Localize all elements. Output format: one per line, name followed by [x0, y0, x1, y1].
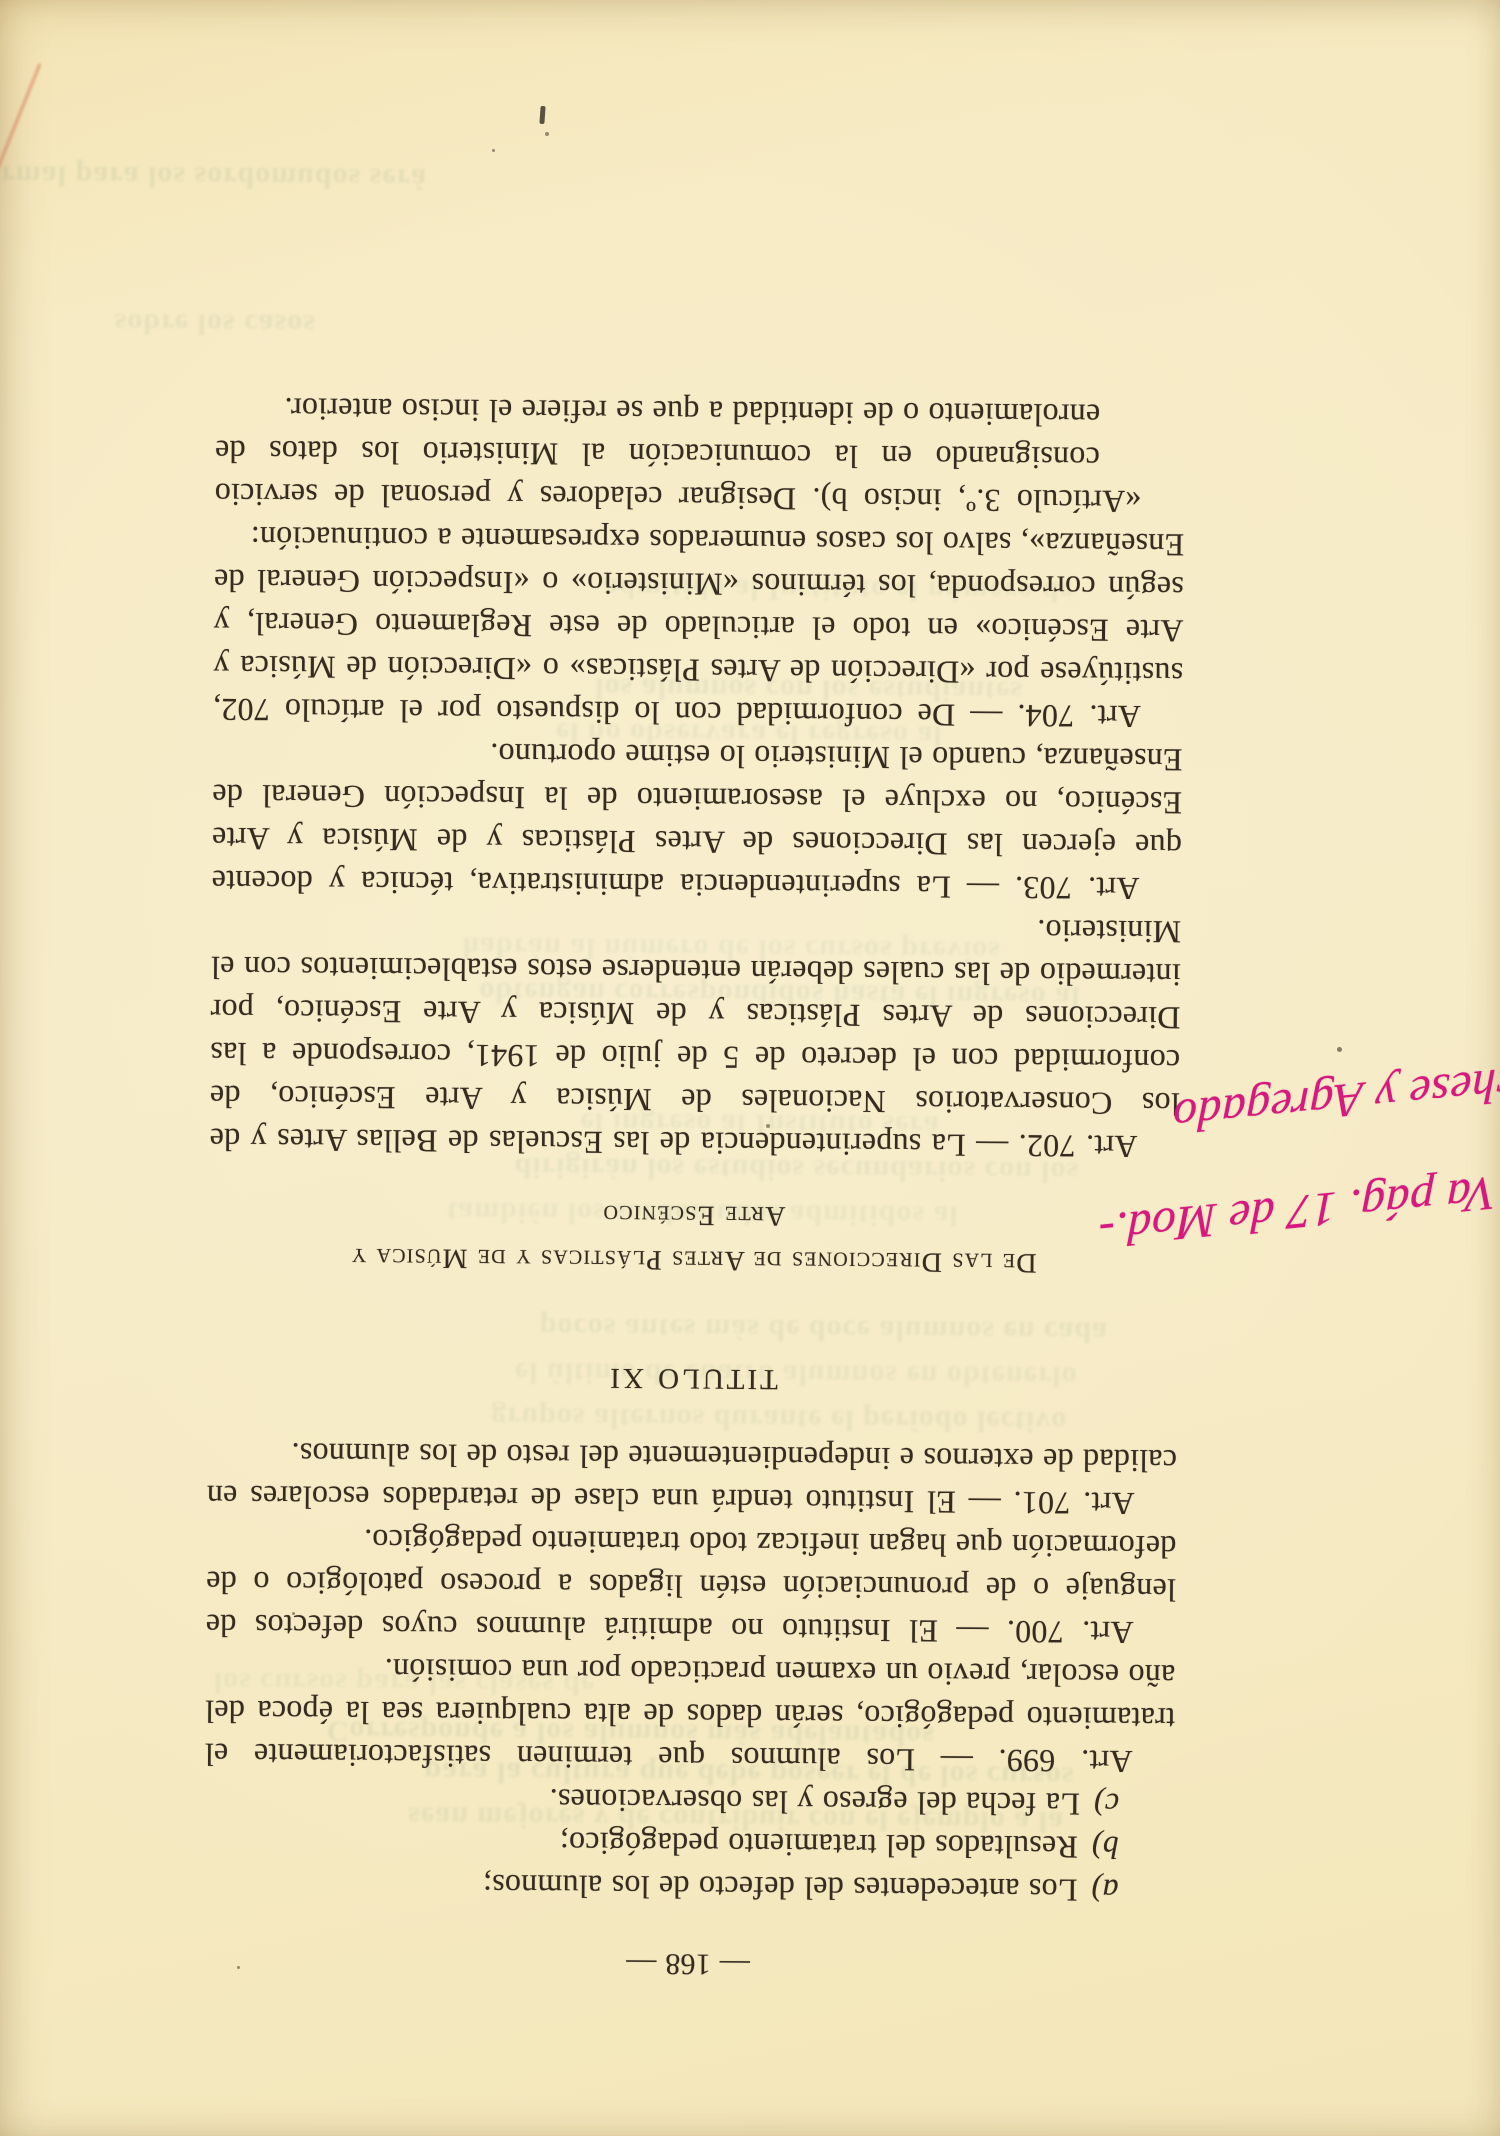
article-701: Art. 701. — El Instituto tendrá una clas… [206, 1432, 1177, 1526]
article-699: Art. 699. — Los alumnos que terminen sat… [204, 1647, 1175, 1784]
scanned-book-page: sean mejores y de contribuir con el ejem… [0, 0, 1500, 2136]
list-item-b: b)Resultados del tratamiento pedagógico; [204, 1819, 1119, 1869]
chapter-heading-line1: De las Direcciones de Artes Plásticas y … [208, 1234, 1178, 1287]
inciso-list: a)Los antecedentes del defecto de los al… [203, 1776, 1119, 1912]
list-item-c-text: La fecha del egreso y las observaciones. [549, 1782, 1080, 1822]
list-item-c-label: c) [1080, 1787, 1120, 1823]
list-item-a-label: a) [1077, 1873, 1118, 1909]
list-item-b-label: b) [1078, 1830, 1119, 1866]
article-702: Art. 702. — La superintendencia de las E… [209, 903, 1181, 1169]
bleed-fragment: normal para los sordomudos será [0, 158, 427, 196]
chapter-heading: De las Direcciones de Artes Plásticas y … [208, 1189, 1179, 1287]
bleed-fragment: sobre los casos [115, 306, 316, 342]
list-item-c: c)La fecha del egreso y las observacione… [204, 1776, 1119, 1826]
chapter-heading-line2: Arte Escénico [209, 1189, 1179, 1242]
article-700: Art. 700. — El Instituto no admitirá alu… [205, 1518, 1176, 1655]
list-item-b-text: Resultados del tratamiento pedagógico; [559, 1826, 1077, 1866]
article-704: Art. 704. — De conformidad con lo dispue… [213, 516, 1185, 739]
upside-down-page-content: sean mejores y de contribuir con el ejem… [0, 0, 1500, 2136]
text-column: — 168 — a)Los antecedentes del defecto d… [202, 387, 1186, 2136]
quoted-articulo-3: «Artículo 3.º, inciso b). Designar celad… [214, 387, 1100, 523]
page-number: — 168 — [203, 1939, 1173, 1990]
list-item-a: a)Los antecedentes del defecto de los al… [203, 1862, 1118, 1912]
section-title: TITULO XI [207, 1353, 1177, 1404]
article-703: Art. 703. — La superintendencia administ… [211, 731, 1182, 911]
list-item-a-text: Los antecedentes del defecto de los alum… [483, 1868, 1078, 1909]
margin-note-line2: áchese y Agregado [1172, 1053, 1500, 1144]
